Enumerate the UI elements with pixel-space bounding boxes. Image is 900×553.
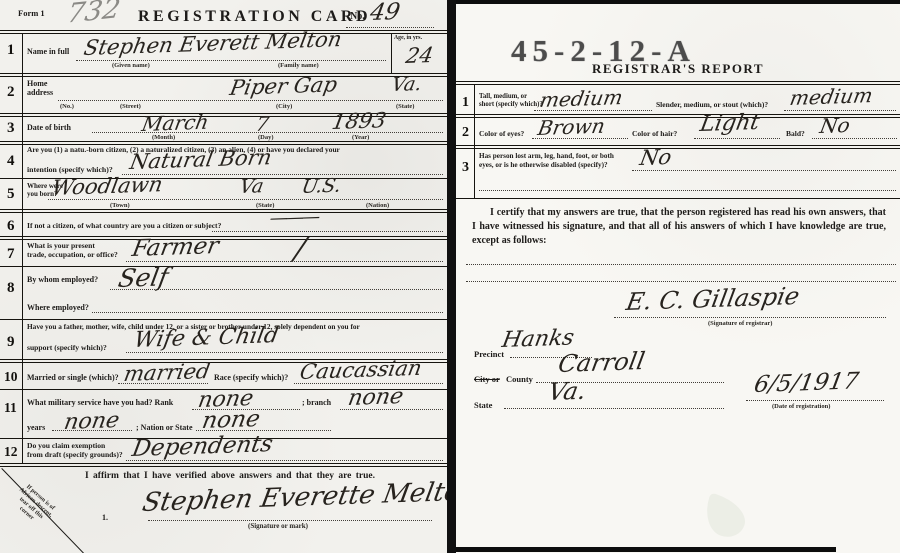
state-value: Va. [546, 377, 588, 406]
ruling [52, 430, 132, 431]
ruling [126, 460, 443, 461]
ruling [294, 383, 443, 384]
ruling [391, 33, 392, 73]
line7-value: Farmer [130, 233, 221, 262]
line10-label-1: Married or single (which)? [27, 374, 119, 383]
line12-number: 12 [4, 444, 18, 460]
signature-or-mark-label: (Signature or mark) [248, 522, 308, 530]
report-line1-label-a: Tall, medium, or [479, 93, 527, 101]
ruling [0, 209, 447, 213]
ruling [340, 409, 443, 410]
ruling [92, 312, 443, 313]
line3-sub-day: (Day) [258, 134, 274, 141]
registrar-signature-label: (Signature of registrar) [708, 320, 772, 327]
ruling [632, 170, 896, 171]
city-or-label-struck: City or [474, 375, 500, 385]
line12-value: Dependents [130, 431, 275, 462]
ruling [92, 132, 443, 133]
line1-number: 1 [7, 42, 15, 59]
card-no-label: No. [350, 11, 365, 22]
registrant-signature: Stephen Everette Melton [140, 476, 480, 518]
line11-label-1: What military service have you had? Rank [27, 399, 173, 408]
line11-years-label: years [27, 424, 45, 433]
line10-married-value: married [122, 359, 212, 386]
scan-edge-top [456, 0, 900, 4]
hair-value: Light [698, 110, 762, 137]
bald-label: Bald? [786, 130, 805, 138]
line3-number: 3 [7, 120, 15, 137]
ruling [746, 400, 884, 401]
report-line2-number: 2 [462, 125, 469, 141]
line3-year-value: 1893 [330, 108, 388, 134]
ruling [532, 138, 628, 139]
line11-branch-label: ; branch [302, 399, 331, 408]
line3-label: Date of birth [27, 124, 71, 133]
ruling [0, 319, 447, 320]
ruling [812, 138, 897, 139]
registration-date-value: 6/5/1917 [752, 368, 861, 398]
report-title: REGISTRAR'S REPORT [456, 62, 900, 77]
ruling [0, 236, 447, 240]
line12-label-2: from draft (specify grounds)? [27, 451, 123, 460]
line10-race-value: Caucassian [298, 356, 424, 384]
registration-card: Form 1 732 REGISTRATION CARD No. 49 1 Na… [0, 0, 447, 553]
registration-date-label: (Date of registration) [772, 403, 830, 410]
line2-sub-no: (No.) [60, 103, 74, 110]
line5-state-value: Va [238, 175, 265, 198]
ruling [148, 520, 432, 521]
eyes-label: Color of eyes? [479, 130, 524, 138]
ruling [212, 231, 443, 232]
report-line1-number: 1 [462, 95, 469, 111]
line3-sub-year: (Year) [352, 134, 369, 141]
certification-statement: I certify that my answers are true, that… [472, 206, 886, 248]
report-line1-label-b: short (specify which)? [479, 101, 543, 109]
line8-label-1: By whom employed? [27, 276, 98, 285]
line5-sub-nation: (Nation) [366, 202, 389, 209]
disability-label-2: eyes, or is he otherwise disabled (speci… [479, 161, 608, 169]
line5-number: 5 [7, 186, 15, 203]
line1-sub-given: (Given name) [112, 62, 150, 69]
age-label: Age, in yrs. [394, 35, 422, 41]
form-number-label: Form 1 [18, 9, 45, 19]
line10-number: 10 [4, 369, 18, 385]
ruling [504, 408, 724, 409]
eyes-value: Brown [536, 114, 607, 140]
county-value: Carroll [556, 347, 647, 378]
ruling [126, 352, 443, 353]
line8-label-2: Where employed? [27, 304, 89, 313]
ruling [58, 100, 443, 101]
line6-label: If not a citizen, of what country are yo… [27, 222, 221, 231]
report-line1-label-2: Slender, medium, or stout (which)? [656, 101, 768, 109]
ruling [118, 383, 208, 384]
ruling [784, 110, 896, 111]
line2-sub-state: (State) [396, 103, 414, 110]
corner-note: If person is of African descent, tear of… [0, 475, 65, 537]
ruling [122, 174, 443, 175]
disability-label-1: Has person lost arm, leg, hand, foot, or… [479, 152, 614, 160]
ruling [0, 73, 447, 77]
ruling [614, 317, 886, 318]
ruling [126, 261, 443, 262]
line6-value: ——— [268, 206, 320, 229]
line11-nation-label: ; Nation or State [136, 424, 193, 433]
draft-card-scan: Form 1 732 REGISTRATION CARD No. 49 1 Na… [0, 0, 900, 553]
line1-label: Name in full [27, 48, 69, 57]
line9-number: 9 [7, 334, 15, 351]
line2-sub-city: (City) [276, 103, 292, 110]
bald-value: No [818, 113, 852, 138]
line2-state-value: Va. [390, 73, 423, 96]
leaf-watermark-icon [699, 492, 751, 541]
line2-city-value: Piper Gap [228, 72, 339, 100]
line11-branch-value: none [346, 384, 405, 411]
age-value: 24 [404, 43, 435, 68]
ruling [0, 266, 447, 267]
line9-value: Wife & Child [132, 323, 281, 353]
line10-label-2: Race (specify which)? [214, 374, 288, 383]
card-divider [447, 0, 456, 553]
ruling [466, 264, 896, 265]
disability-value: No [638, 145, 674, 170]
ruling [474, 84, 475, 198]
report-line3-number: 3 [462, 160, 469, 176]
card-no-value: 49 [368, 0, 402, 26]
line7-label-2: trade, occupation, or office? [27, 251, 118, 260]
line6-number: 6 [7, 218, 15, 235]
ruling [694, 138, 780, 139]
height-value: medium [538, 85, 625, 112]
line5-sub-town: (Town) [110, 202, 130, 209]
ruling [48, 199, 443, 200]
state-label: State [474, 401, 492, 411]
line2-sub-street: (Street) [120, 103, 141, 110]
serial-number-handwritten: 732 [65, 0, 122, 30]
ruling [76, 60, 386, 61]
ruling [22, 33, 23, 463]
hair-label: Color of hair? [632, 130, 677, 138]
line4-value: Natural Born [128, 145, 274, 174]
ruling [110, 289, 443, 290]
scan-edge-bottom [456, 547, 836, 552]
line11-number: 11 [4, 400, 17, 416]
footnote-mark: 1. [102, 514, 108, 523]
line7-number: 7 [7, 246, 15, 263]
registrar-signature: E. C. Gillaspie [624, 282, 802, 316]
line4-number: 4 [7, 153, 15, 170]
line9-label-2: support (specify which)? [27, 344, 107, 353]
line2-label-2: address [27, 89, 53, 98]
ruling [346, 27, 434, 28]
card-title: REGISTRATION CARD [138, 8, 371, 26]
ruling [534, 110, 652, 111]
line8-number: 8 [7, 280, 15, 297]
ruling [456, 145, 900, 149]
ruling [456, 198, 900, 199]
ruling [466, 281, 896, 282]
registrars-report-card: 45-2-12-A REGISTRAR'S REPORT 1 Tall, med… [456, 0, 900, 553]
ruling [479, 190, 896, 191]
line5-town-value: Woodlawn [50, 172, 165, 200]
line1-sub-family: (Family name) [278, 62, 319, 69]
line5-nation-value: U.S. [300, 175, 343, 198]
ruling [0, 463, 447, 467]
line3-sub-month: (Month) [152, 134, 175, 141]
build-value: medium [788, 83, 875, 110]
county-label: County [506, 375, 533, 385]
line2-number: 2 [7, 84, 15, 101]
